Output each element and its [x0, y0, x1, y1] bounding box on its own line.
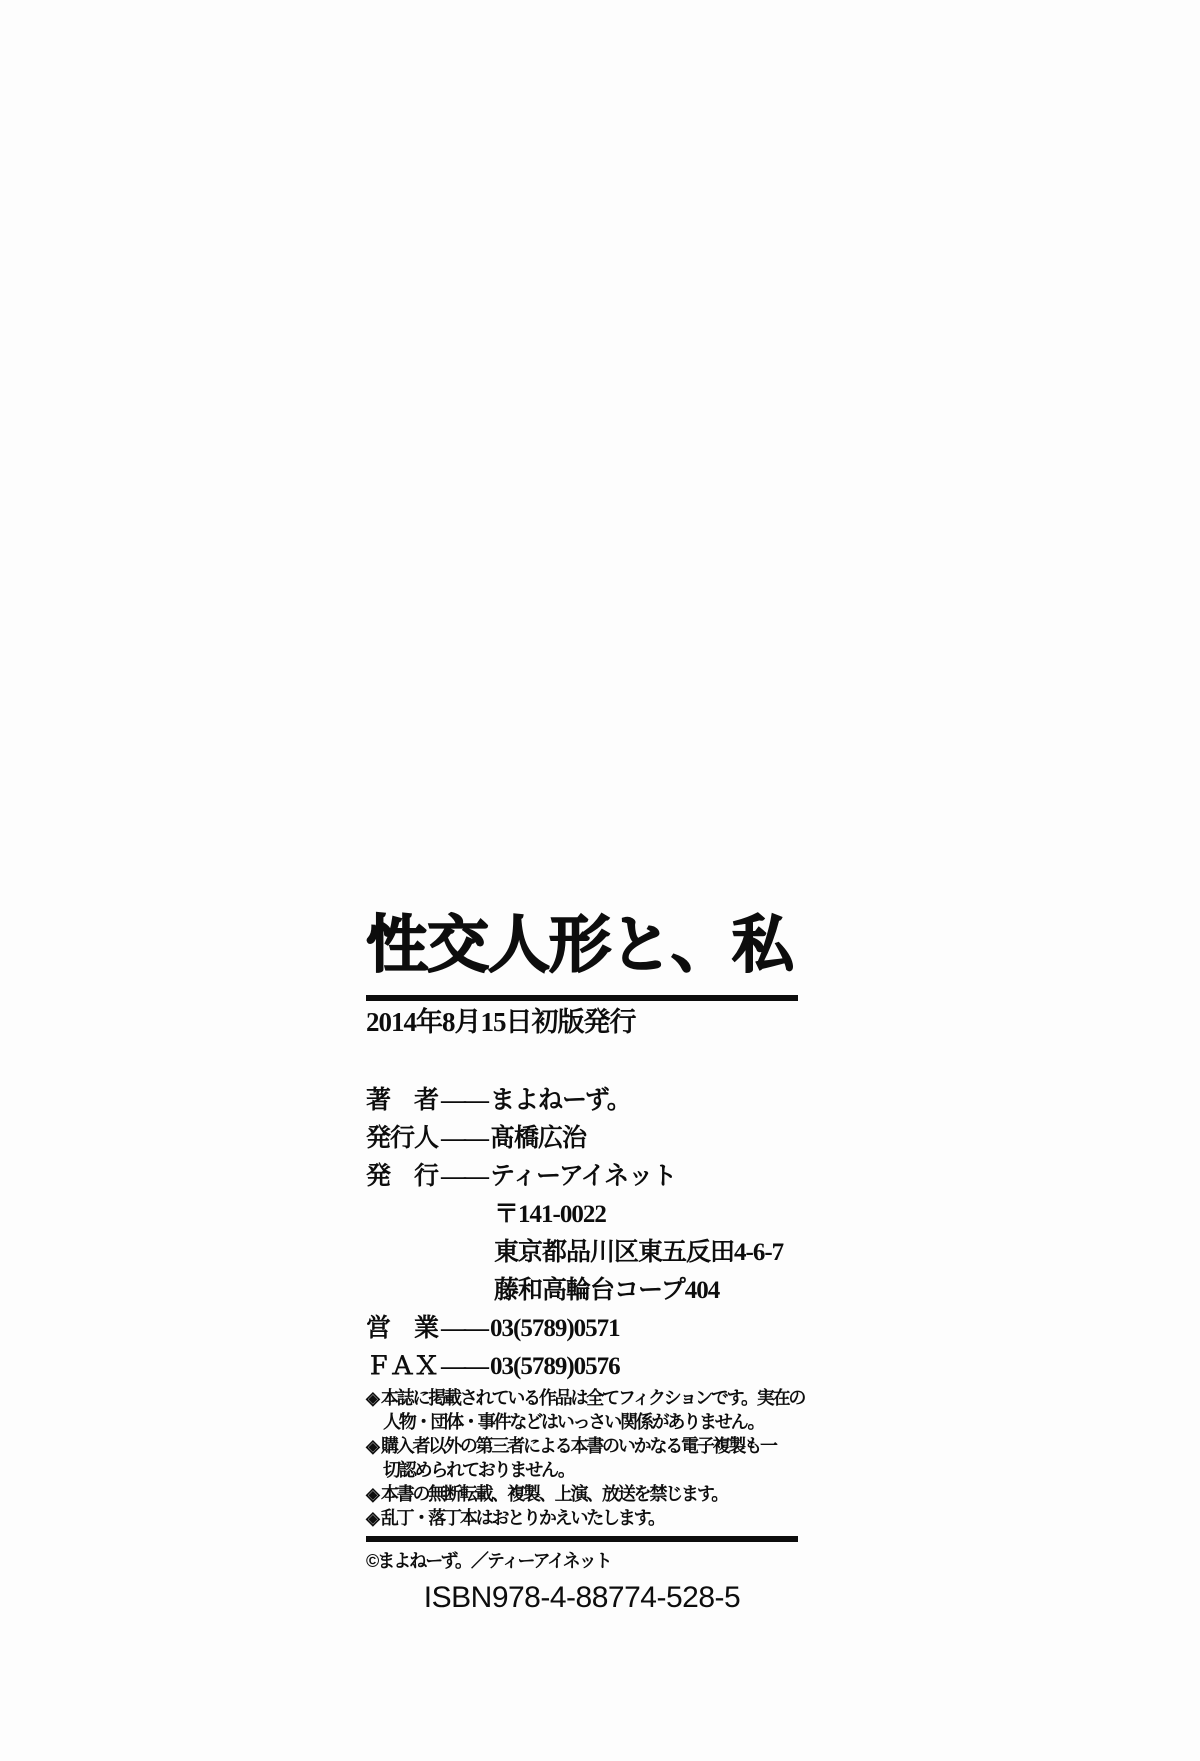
author-value: まよねーず。 [490, 1087, 631, 1114]
diamond-bullet-icon: ◈ [366, 1388, 380, 1408]
sales-phone: 03(5789)0571 [490, 1315, 620, 1342]
address-building-row: 藤和高輪台コープ404 [366, 1272, 798, 1310]
notice-text: 人物・団体・事件などはいっさい関係がありません。 [366, 1410, 798, 1434]
publisher-label: 発 行 [366, 1158, 441, 1196]
dash-leader: —— [441, 1082, 487, 1120]
notice-text: 本書の無断転載、複製、上演、放送を禁じます。 [381, 1484, 727, 1504]
notice-text: 切認められておりません。 [366, 1458, 798, 1482]
address-row: 東京都品川区東五反田4-6-7 [366, 1234, 798, 1272]
fax-label: ＦＡＸ [366, 1348, 441, 1386]
address-line: 東京都品川区東五反田4-6-7 [494, 1239, 783, 1266]
sales-phone-row: 営 業——03(5789)0571 [366, 1310, 798, 1348]
diamond-bullet-icon: ◈ [366, 1508, 380, 1528]
isbn: ISBN978-4-88774-528-5 [366, 1583, 798, 1613]
notice-fiction: ◈本誌に掲載されている作品は全てフィクションです。実在の 人物・団体・事件などは… [366, 1386, 798, 1434]
publisher-row: 発 行——ティーアイネット [366, 1158, 798, 1196]
legal-notices: ◈本誌に掲載されている作品は全てフィクションです。実在の 人物・団体・事件などは… [366, 1386, 798, 1530]
postal-code: 〒141-0022 [494, 1201, 606, 1228]
author-label: 著 者 [366, 1082, 441, 1120]
notice-text: 購入者以外の第三者による本書のいかなる電子複製も一 [381, 1436, 776, 1456]
notice-text: 本誌に掲載されている作品は全てフィクションです。実在の [381, 1388, 804, 1408]
footer-divider-rule [366, 1536, 798, 1542]
book-title: 性交人形と、私 [366, 915, 798, 977]
dash-leader: —— [441, 1120, 487, 1158]
publication-info-rows: 著 者——まよねーず。 発行人——髙橋広治 発 行——ティーアイネット 〒141… [366, 1082, 798, 1386]
notice-defective-copies: ◈乱丁・落丁本はおとりかえいたします。 [366, 1506, 798, 1530]
publisher-value: ティーアイネット [490, 1163, 676, 1190]
scanned-page: 性交人形と、私 2014年8月15日初版発行 著 者——まよねーず。 発行人——… [0, 0, 1200, 1761]
postal-code-row: 〒141-0022 [366, 1196, 798, 1234]
notice-reproduction: ◈本書の無断転載、複製、上演、放送を禁じます。 [366, 1482, 798, 1506]
diamond-bullet-icon: ◈ [366, 1484, 380, 1504]
diamond-bullet-icon: ◈ [366, 1436, 380, 1456]
dash-leader: —— [441, 1348, 487, 1386]
sales-label: 営 業 [366, 1310, 441, 1348]
notice-text: 乱丁・落丁本はおとりかえいたします。 [381, 1508, 664, 1528]
copyright-line: ©まよねーず。／ティーアイネット [366, 1551, 798, 1571]
dash-leader: —— [441, 1158, 487, 1196]
publisher-person-label: 発行人 [366, 1120, 441, 1158]
publisher-person-row: 発行人——髙橋広治 [366, 1120, 798, 1158]
colophon-block: 性交人形と、私 2014年8月15日初版発行 著 者——まよねーず。 発行人——… [366, 915, 798, 1613]
publisher-person-value: 髙橋広治 [490, 1125, 586, 1152]
fax-number: 03(5789)0576 [490, 1353, 620, 1380]
author-row: 著 者——まよねーず。 [366, 1082, 798, 1120]
address-building: 藤和高輪台コープ404 [494, 1277, 719, 1304]
title-divider-rule [366, 995, 798, 1001]
dash-leader: —— [441, 1310, 487, 1348]
fax-row: ＦＡＸ——03(5789)0576 [366, 1348, 798, 1386]
notice-digital-copy: ◈購入者以外の第三者による本書のいかなる電子複製も一 切認められておりません。 [366, 1434, 798, 1482]
edition-date: 2014年8月15日初版発行 [366, 1009, 798, 1036]
